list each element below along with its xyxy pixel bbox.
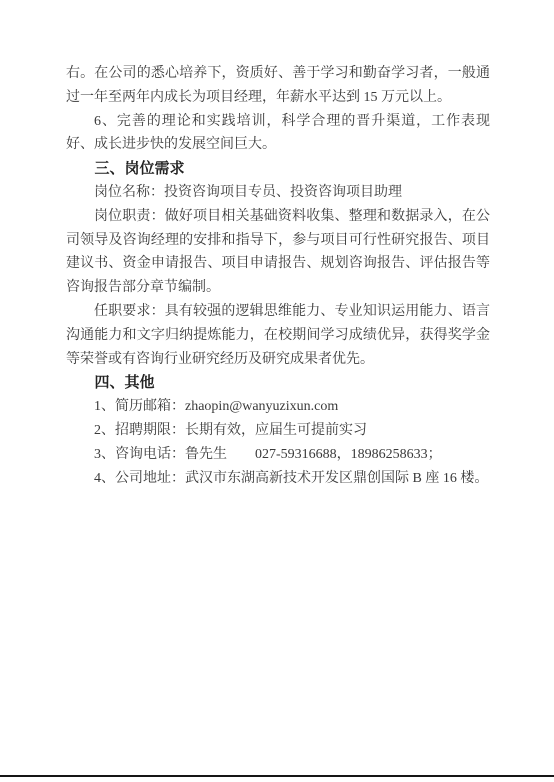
- paragraph-qualifications: 任职要求：具有较强的逻辑思维能力、专业知识运用能力、语言沟通能力和文字归纳提炼能…: [66, 300, 490, 371]
- list-item-contact-phone: 3、咨询电话：鲁先生 027-59316688，18986258633；: [66, 443, 490, 467]
- list-item-recruitment-period: 2、招聘期限：长期有效，应届生可提前实习: [66, 419, 490, 443]
- paragraph-job-duties: 岗位职责：做好项目相关基础资料收集、整理和数据录入，在公司领导及咨询经理的安排和…: [66, 205, 490, 300]
- paragraph-career-growth-continuation: 右。在公司的悉心培养下，资质好、善于学习和勤奋学习者，一般通过一年至两年内成长为…: [66, 62, 490, 110]
- paragraph-job-title: 岗位名称：投资咨询项目专员、投资咨询项目助理: [66, 181, 490, 205]
- document-content: 右。在公司的悉心培养下，资质好、善于学习和勤奋学习者，一般通过一年至两年内成长为…: [66, 62, 490, 490]
- section-heading-job-requirements: 三、岗位需求: [66, 157, 490, 181]
- section-heading-others: 四、其他: [66, 371, 490, 395]
- document-page: 右。在公司的悉心培养下，资质好、善于学习和勤奋学习者，一般通过一年至两年内成长为…: [0, 0, 554, 782]
- list-item-resume-email: 1、简历邮箱：zhaopin@wanyuzixun.com: [66, 395, 490, 419]
- list-item-company-address: 4、公司地址：武汉市东湖高新技术开发区鼎创国际 B 座 16 楼。: [66, 467, 490, 491]
- paragraph-benefit-item-6: 6、完善的理论和实践培训，科学合理的晋升渠道，工作表现好、成长进步快的发展空间巨…: [66, 110, 490, 158]
- window-bottom-edge: [0, 775, 554, 777]
